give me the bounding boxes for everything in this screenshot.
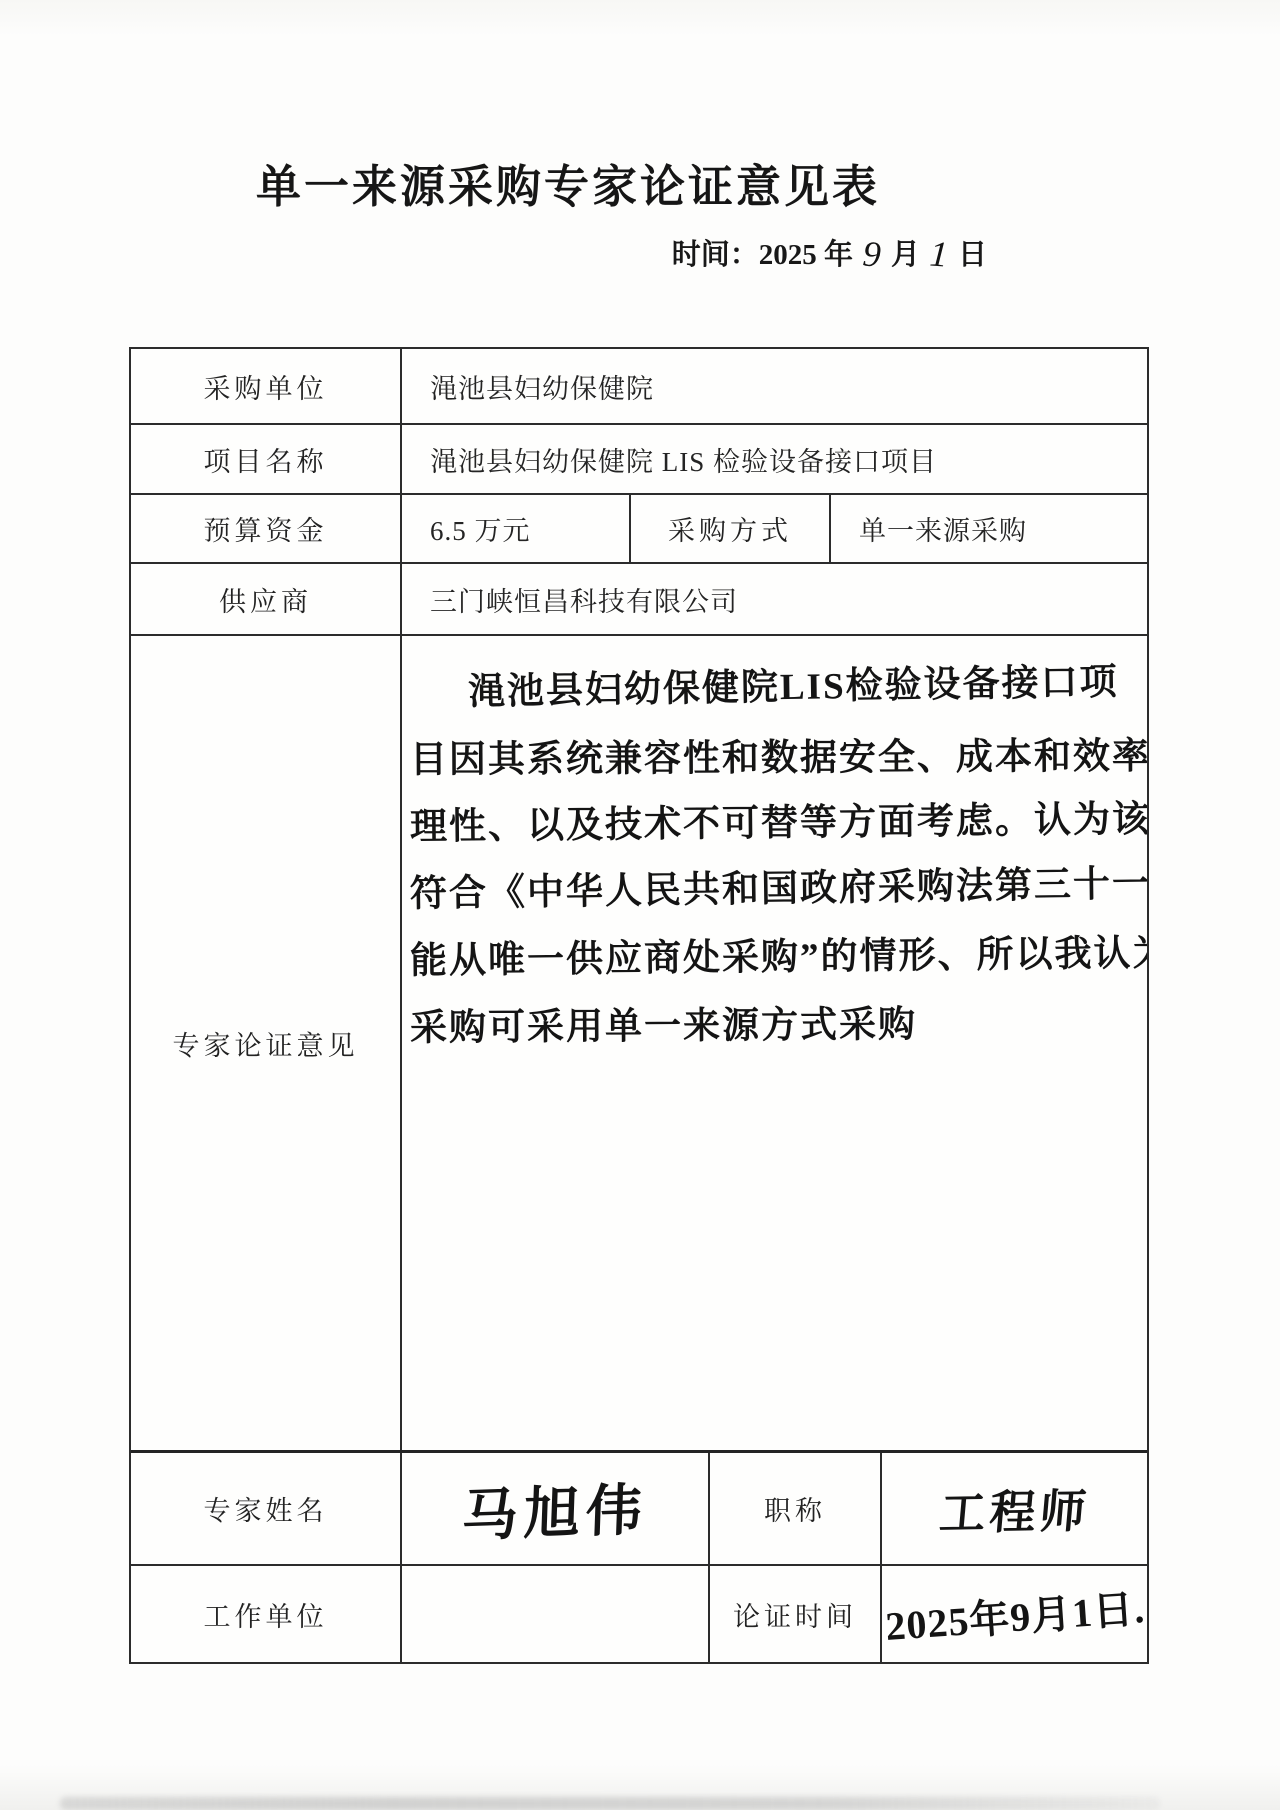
opinion-form-table: 采购单位 渑池县妇幼保健院 项目名称 渑池县妇幼保健院 LIS 检验设备接口项目… [129, 347, 1149, 1664]
budget-label: 预算资金 [131, 495, 400, 562]
date-month-label: 月 [891, 239, 920, 271]
job-title-handwritten: 工程师 [937, 1474, 1093, 1543]
page-title: 单一来源采购专家论证意见表 [0, 150, 1208, 215]
scanner-edge-smudge [60, 1797, 1160, 1810]
table-row-budget: 预算资金 6.5 万元 采购方式 单一来源采购 [131, 493, 1147, 562]
table-row-work-unit: 工作单位 论证时间 2025年9月1日. [131, 1564, 1147, 1662]
procurement-method-value: 单一来源采购 [829, 495, 1147, 562]
supplier-label: 供应商 [131, 564, 400, 634]
date-day-label: 日 [958, 239, 987, 271]
supplier-value: 三门峡恒昌科技有限公司 [400, 564, 1147, 634]
purchasing-unit-value: 渑池县妇幼保健院 [400, 349, 1147, 423]
opinion-line-6: 采购可采用单一来源方式采购 [410, 990, 1141, 1062]
opinion-line-3: 理性、以及技术不可替等方面考虑。认为该项目 [410, 786, 1142, 861]
project-name-value: 渑池县妇幼保健院 LIS 检验设备接口项目 [400, 425, 1147, 493]
scanned-document-page: 单一来源采购专家论证意见表 时间：2025 年9月1日 采购单位 渑池县妇幼保健… [0, 0, 1280, 1810]
opinion-line-4: 符合《中华人民共和国政府采购法第三十一条中“只 [410, 851, 1142, 928]
opinion-line-5: 能从唯一供应商处采购”的情形、所以我认为本次 [410, 920, 1142, 995]
table-row-project-name: 项目名称 渑池县妇幼保健院 LIS 检验设备接口项目 [131, 423, 1147, 493]
procurement-method-label: 采购方式 [629, 495, 829, 562]
table-row-supplier: 供应商 三门峡恒昌科技有限公司 [131, 562, 1147, 634]
opinion-line-2: 目因其系统兼容性和数据安全、成本和效率合 [410, 723, 1141, 794]
expert-name-signature-cell: 马旭伟 [400, 1453, 708, 1564]
date-line: 时间：2025 年9月1日 [672, 231, 987, 273]
purchasing-unit-label: 采购单位 [131, 349, 400, 423]
opinion-line-1: 渑池县妇幼保健院LIS检验设备接口项 [409, 649, 1141, 727]
expert-opinion-handwriting: 渑池县妇幼保健院LIS检验设备接口项 目因其系统兼容性和数据安全、成本和效率合 … [410, 660, 1141, 1062]
demonstration-time-label: 论证时间 [708, 1566, 880, 1662]
demonstration-time-value-cell: 2025年9月1日. [880, 1566, 1147, 1662]
job-title-value-cell: 工程师 [880, 1453, 1147, 1564]
work-unit-value [400, 1566, 708, 1662]
date-month-handwritten: 9 [851, 232, 892, 277]
table-row-expert-opinion: 专家论证意见 渑池县妇幼保健院LIS检验设备接口项 目因其系统兼容性和数据安全、… [131, 634, 1147, 1450]
expert-name-signature: 马旭伟 [461, 1465, 650, 1552]
expert-opinion-cell: 渑池县妇幼保健院LIS检验设备接口项 目因其系统兼容性和数据安全、成本和效率合 … [400, 636, 1147, 1450]
date-prefix-text: 时间：2025 年 [672, 239, 853, 271]
expert-name-label: 专家姓名 [131, 1453, 400, 1564]
budget-value: 6.5 万元 [400, 495, 629, 562]
demonstration-time-handwritten: 2025年9月1日. [883, 1577, 1146, 1652]
project-name-label: 项目名称 [131, 425, 400, 493]
table-row-purchasing-unit: 采购单位 渑池县妇幼保健院 [131, 349, 1147, 423]
work-unit-label: 工作单位 [131, 1566, 400, 1662]
date-day-handwritten: 1 [918, 232, 959, 277]
expert-opinion-label: 专家论证意见 [131, 636, 400, 1450]
table-row-expert-name: 专家姓名 马旭伟 职称 工程师 [131, 1450, 1147, 1564]
job-title-label: 职称 [708, 1453, 880, 1564]
